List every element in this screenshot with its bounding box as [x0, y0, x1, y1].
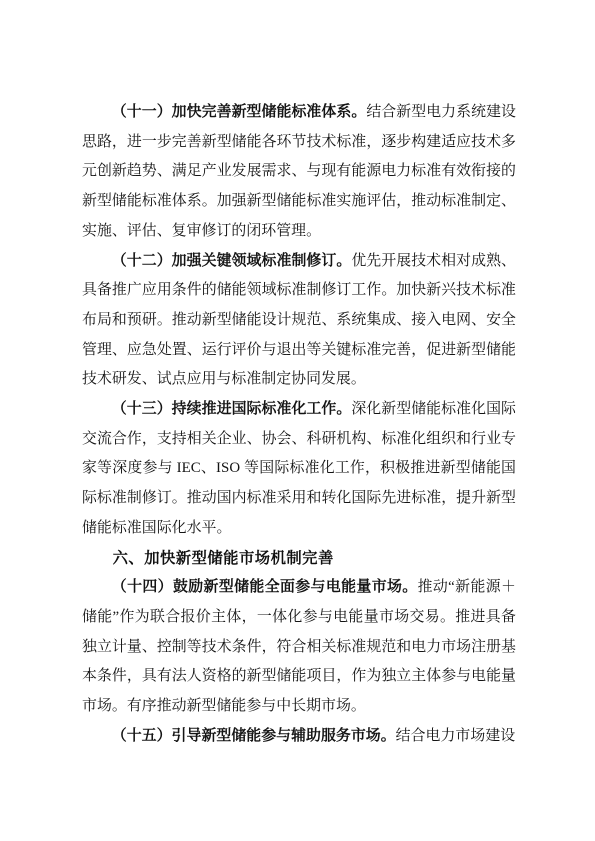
document-content: （十一）加快完善新型储能标准体系。结合新型电力系统建设思路，进一步完善新型储能各…: [82, 98, 516, 751]
paragraph-body-12: 优先开展技术相对成熟、具备推广应用条件的储能领域标准制修订工作。加快新兴技术标准…: [82, 253, 516, 388]
paragraph-item-11: （十一）加快完善新型储能标准体系。结合新型电力系统建设思路，进一步完善新型储能各…: [82, 98, 516, 247]
paragraph-item-14: （十四）鼓励新型储能全面参与电能量市场。推动“新能源＋储能”作为联合报价主体，一…: [82, 573, 516, 722]
paragraph-lead-13: （十三）持续推进国际标准化工作。: [112, 401, 352, 417]
document-page: （十一）加快完善新型储能标准体系。结合新型电力系统建设思路，进一步完善新型储能各…: [0, 0, 595, 841]
paragraph-lead-11: （十一）加快完善新型储能标准体系。: [112, 104, 367, 120]
paragraph-lead-14: （十四）鼓励新型储能全面参与电能量市场。: [112, 579, 418, 595]
paragraph-body-11: 结合新型电力系统建设思路，进一步完善新型储能各环节技术标准，逐步构建适应技术多元…: [82, 104, 516, 239]
section-heading-6: 六、加快新型储能市场机制完善: [82, 544, 516, 574]
paragraph-item-12: （十二）加强关键领域标准制修订。优先开展技术相对成熟、具备推广应用条件的储能领域…: [82, 247, 516, 396]
paragraph-lead-15: （十五）引导新型储能参与辅助服务市场。: [112, 728, 396, 744]
paragraph-item-15: （十五）引导新型储能参与辅助服务市场。结合电力市场建设: [82, 722, 516, 752]
paragraph-body-15: 结合电力市场建设: [396, 728, 516, 744]
paragraph-lead-12: （十二）加强关键领域标准制修订。: [112, 253, 352, 269]
paragraph-body-13: 深化新型储能标准化国际交流合作，支持相关企业、协会、科研机构、标准化组织和行业专…: [82, 401, 516, 536]
paragraph-body-14: 推动“新能源＋储能”作为联合报价主体，一体化参与电能量市场交易。推进具备独立计量…: [82, 579, 516, 714]
paragraph-item-13: （十三）持续推进国际标准化工作。深化新型储能标准化国际交流合作，支持相关企业、协…: [82, 395, 516, 544]
